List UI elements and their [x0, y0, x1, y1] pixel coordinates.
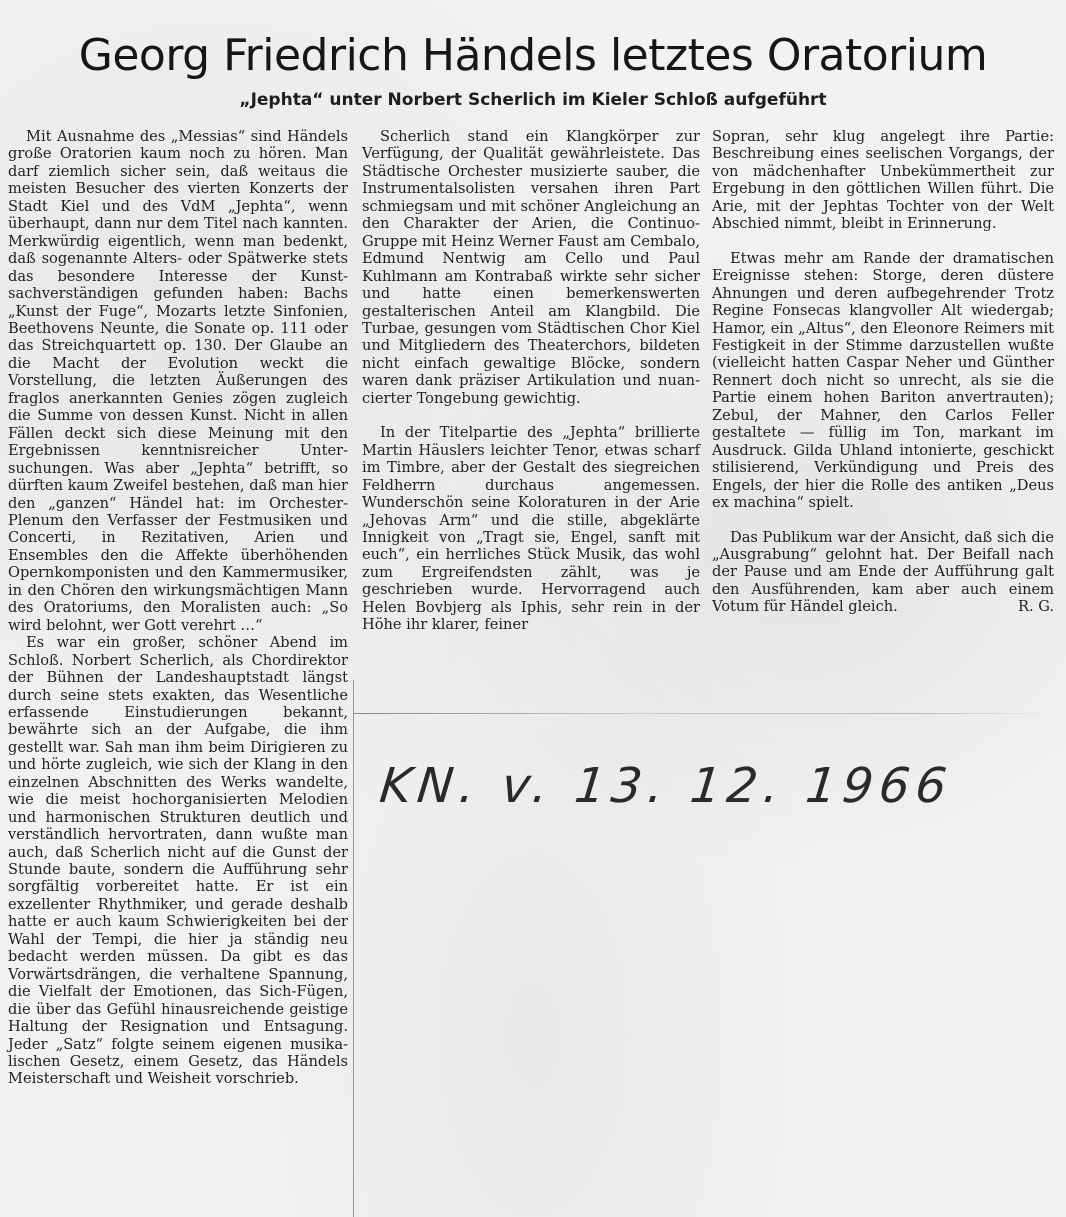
paragraph: Sopran, sehr klug angelegt ihre Partie: … — [712, 128, 1054, 233]
article-column-1: Mit Ausnahme des „Messias“ sind Händels … — [8, 128, 348, 1088]
paragraph: Scherlich stand ein Klangkörper zur Verf… — [362, 128, 700, 407]
paragraph: Etwas mehr am Rande der dramati­schen Er… — [712, 250, 1054, 512]
paragraph: Es war ein großer, schöner Abend im Schl… — [8, 634, 348, 1088]
article-column-3: Sopran, sehr klug angelegt ihre Partie: … — [712, 128, 1054, 616]
paragraph: Mit Ausnahme des „Messias“ sind Händels … — [8, 128, 348, 634]
clipping-edge — [353, 680, 354, 1217]
article-column-2: Scherlich stand ein Klangkörper zur Verf… — [362, 128, 700, 634]
clipping-edge — [354, 713, 1054, 714]
subheadline: „Jephta“ unter Norbert Scherlich im Kiel… — [0, 90, 1066, 110]
handwritten-date-note: KN. v. 13. 12. 1966 — [377, 758, 955, 814]
headline: Georg Friedrich Händels letztes Oratoriu… — [0, 30, 1066, 81]
author-signature: R. G. — [1000, 598, 1054, 615]
paragraph: In der Titelpartie des „Jephta“ bril­lie… — [362, 424, 700, 633]
paragraph: Das Publikum war der Ansicht, daß sich d… — [712, 529, 1054, 616]
